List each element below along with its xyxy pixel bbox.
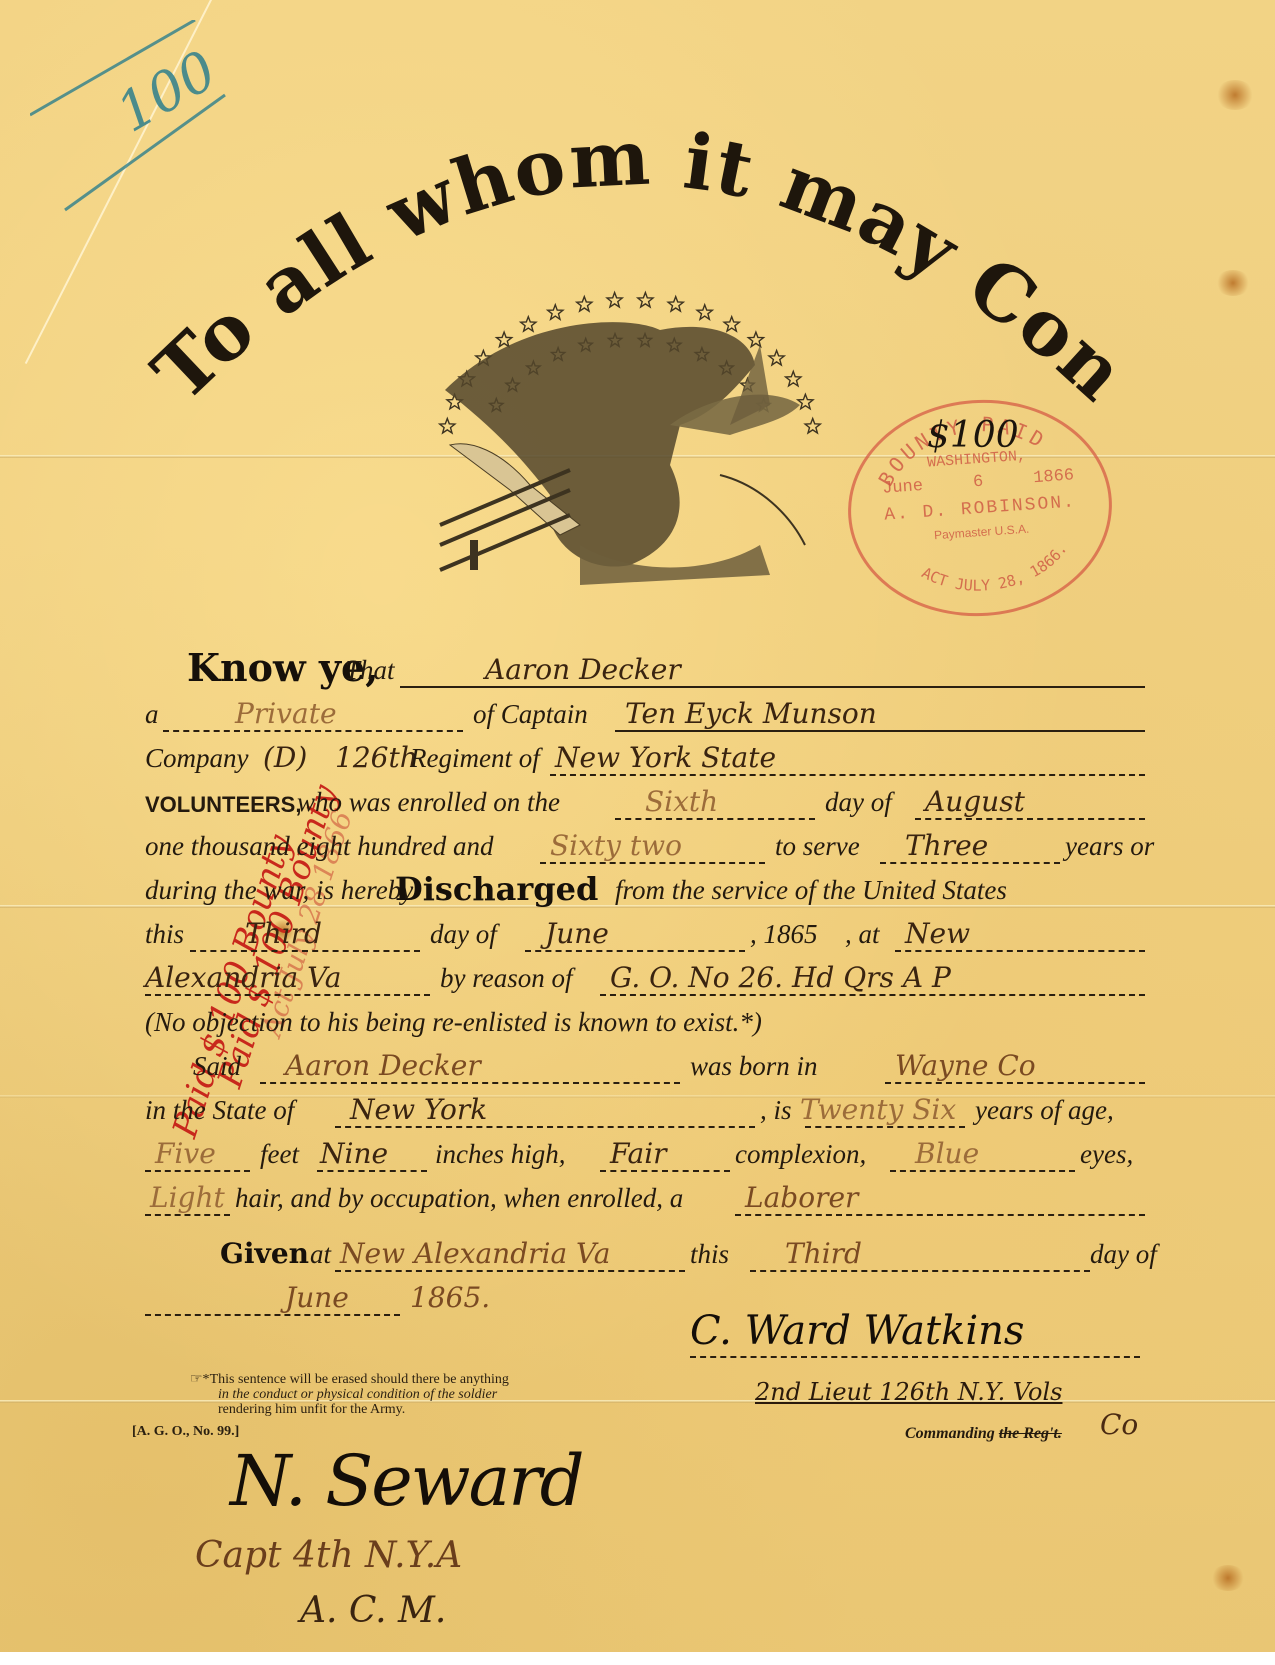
label-year-prefix: one thousand eight hundred and	[145, 831, 493, 862]
pointing-hand-icon: ☞*	[190, 1372, 210, 1387]
label-company: Company	[145, 743, 249, 774]
label-regiment-of: Regiment of	[410, 743, 540, 774]
no-objection-clause: (No objection to his being re-enlisted i…	[145, 1007, 762, 1038]
label-to-serve: to serve	[775, 831, 860, 862]
occupation: Laborer	[745, 1181, 858, 1214]
label-is: , is	[760, 1095, 792, 1126]
row-physical: Five feet Nine inches high, Fair complex…	[145, 1126, 1145, 1176]
mustering-officer-role: A. C. M.	[300, 1590, 446, 1631]
svg-text:ACT JULY 28, 1866.: ACT JULY 28, 1866.	[917, 539, 1074, 599]
label-enrolled: who was enrolled on the	[297, 787, 560, 818]
label-day-of: day of	[1090, 1239, 1157, 1270]
enroll-month: August	[925, 785, 1025, 818]
enroll-day: Sixth	[645, 785, 718, 818]
commanding-officer-title: 2nd Lieut 126th N.Y. Vols	[755, 1378, 1062, 1406]
birthplace: Wayne Co	[895, 1049, 1036, 1082]
stain	[1210, 1565, 1246, 1591]
given-heading: Given	[220, 1237, 309, 1270]
footnote: ☞*This sentence will be erased should th…	[190, 1372, 509, 1417]
hair-color: Light	[150, 1181, 225, 1214]
label-by-reason: by reason of	[440, 963, 572, 994]
soldier-name: Aaron Decker	[485, 653, 681, 686]
label-this: this	[690, 1239, 729, 1270]
label-at: at	[310, 1239, 331, 1270]
age: Twenty Six	[800, 1093, 956, 1126]
complexion: Fair	[610, 1137, 667, 1170]
mustering-officer-signature: N. Seward	[230, 1440, 583, 1522]
row-discharge-date: this Third day of June , 1865 , at New	[145, 906, 1145, 956]
company-letter: (D)	[263, 741, 307, 774]
label-years-of-age: years of age,	[975, 1095, 1114, 1126]
row-said: Said Aaron Decker was born in Wayne Co	[145, 1038, 1145, 1088]
discharge-place: New	[905, 917, 970, 950]
discharge-certificate: 100 To all whom it may Concern. BOUNTY P…	[0, 0, 1275, 1652]
stamp-date-year: 1866	[1033, 466, 1075, 488]
row-occupation: Light hair, and by occupation, when enro…	[145, 1170, 1145, 1220]
row-enroll-year: one thousand eight hundred and Sixty two…	[145, 818, 1145, 868]
footnote-line: rendering him unfit for the Army.	[190, 1402, 509, 1417]
eagle-engraving-icon	[430, 275, 830, 595]
label-day-of: day of	[430, 919, 497, 950]
discharge-place-cont: Alexandria Va	[145, 961, 341, 994]
given-day: Third	[785, 1237, 862, 1270]
label-during-war: during the war, is hereby	[145, 875, 413, 906]
label-day-of: day of	[825, 787, 892, 818]
height-inches: Nine	[320, 1137, 388, 1170]
label-this: this	[145, 919, 184, 950]
commanding-officer-signature: C. Ward Watkins	[690, 1308, 1024, 1354]
bounty-amount: $100	[927, 415, 1019, 456]
handwritten-co: Co	[1100, 1408, 1138, 1441]
form-number: [A. G. O., No. 99.]	[132, 1424, 239, 1440]
given-year: 1865.	[410, 1281, 490, 1314]
row-state: in the State of New York , is Twenty Six…	[145, 1082, 1145, 1132]
discharge-month: June	[545, 917, 609, 950]
blank-line	[145, 1314, 400, 1316]
signature-line	[690, 1356, 1140, 1358]
state-unit: New York State	[555, 741, 776, 774]
label-hair-occupation: hair, and by occupation, when enrolled, …	[235, 1183, 683, 1214]
blank-line	[145, 1214, 230, 1216]
label-eyes: eyes,	[1080, 1139, 1133, 1170]
given-month: June	[285, 1281, 349, 1314]
discharge-reason: G. O. No 26. Hd Qrs A P	[610, 961, 951, 994]
label-complexion: complexion,	[735, 1139, 866, 1170]
term-years: Three	[905, 829, 988, 862]
mustering-officer-title: Capt 4th N.Y.A	[195, 1535, 462, 1576]
row-company: Company (D) 126th Regiment of New York S…	[145, 730, 1145, 780]
row-given-at: Given at New Alexandria Va this Third da…	[145, 1226, 1145, 1276]
rank: Private	[235, 697, 337, 730]
label-born-in: was born in	[690, 1051, 818, 1082]
label-said: Said	[193, 1051, 241, 1082]
label-in-state: in the State of	[145, 1095, 294, 1126]
enroll-year: Sixty two	[550, 829, 682, 862]
commanding-label: Commanding the Reg't.	[905, 1425, 1062, 1443]
row-rank: a Private of Captain Ten Eyck Munson	[145, 686, 1145, 736]
eye-color: Blue	[915, 1137, 979, 1170]
volunteers-label: VOLUNTEERS,	[145, 792, 301, 818]
struck-regiment-text: the Reg't.	[999, 1425, 1062, 1442]
label-years-or: years or	[1065, 831, 1154, 862]
label-inches-high: inches high,	[435, 1139, 565, 1170]
row-reason: Alexandria Va by reason of G. O. No 26. …	[145, 950, 1145, 1000]
footnote-line: This sentence will be erased should ther…	[210, 1372, 509, 1387]
height-feet: Five	[155, 1137, 216, 1170]
captain-name: Ten Eyck Munson	[625, 697, 877, 730]
label-that: That	[345, 655, 395, 686]
footnote-line: in the conduct or physical condition of …	[190, 1387, 509, 1402]
label-at: , at	[845, 919, 880, 950]
discharge-year: , 1865	[750, 919, 818, 950]
discharge-day: Third	[245, 917, 322, 950]
regiment-number: 126th	[335, 741, 418, 774]
commanding-text: Commanding	[905, 1425, 995, 1442]
label-from-service: from the service of the United States	[615, 875, 1007, 906]
label-of-captain: of Captain	[473, 699, 588, 730]
discharged-heading: Discharged	[395, 870, 598, 908]
label-feet: feet	[260, 1139, 299, 1170]
birth-state: New York	[350, 1093, 487, 1126]
label-a: a	[145, 699, 159, 730]
blank-line	[735, 1214, 1145, 1216]
row-volunteers: VOLUNTEERS, who was enrolled on the Sixt…	[145, 774, 1145, 824]
row-discharged: during the war, is hereby Discharged fro…	[145, 862, 1145, 912]
row-know-ye: Know ye, That Aaron Decker	[145, 642, 1145, 692]
given-place: New Alexandria Va	[340, 1237, 610, 1270]
said-soldier-name: Aaron Decker	[285, 1049, 481, 1082]
row-no-objection: (No objection to his being re-enlisted i…	[145, 994, 1145, 1044]
